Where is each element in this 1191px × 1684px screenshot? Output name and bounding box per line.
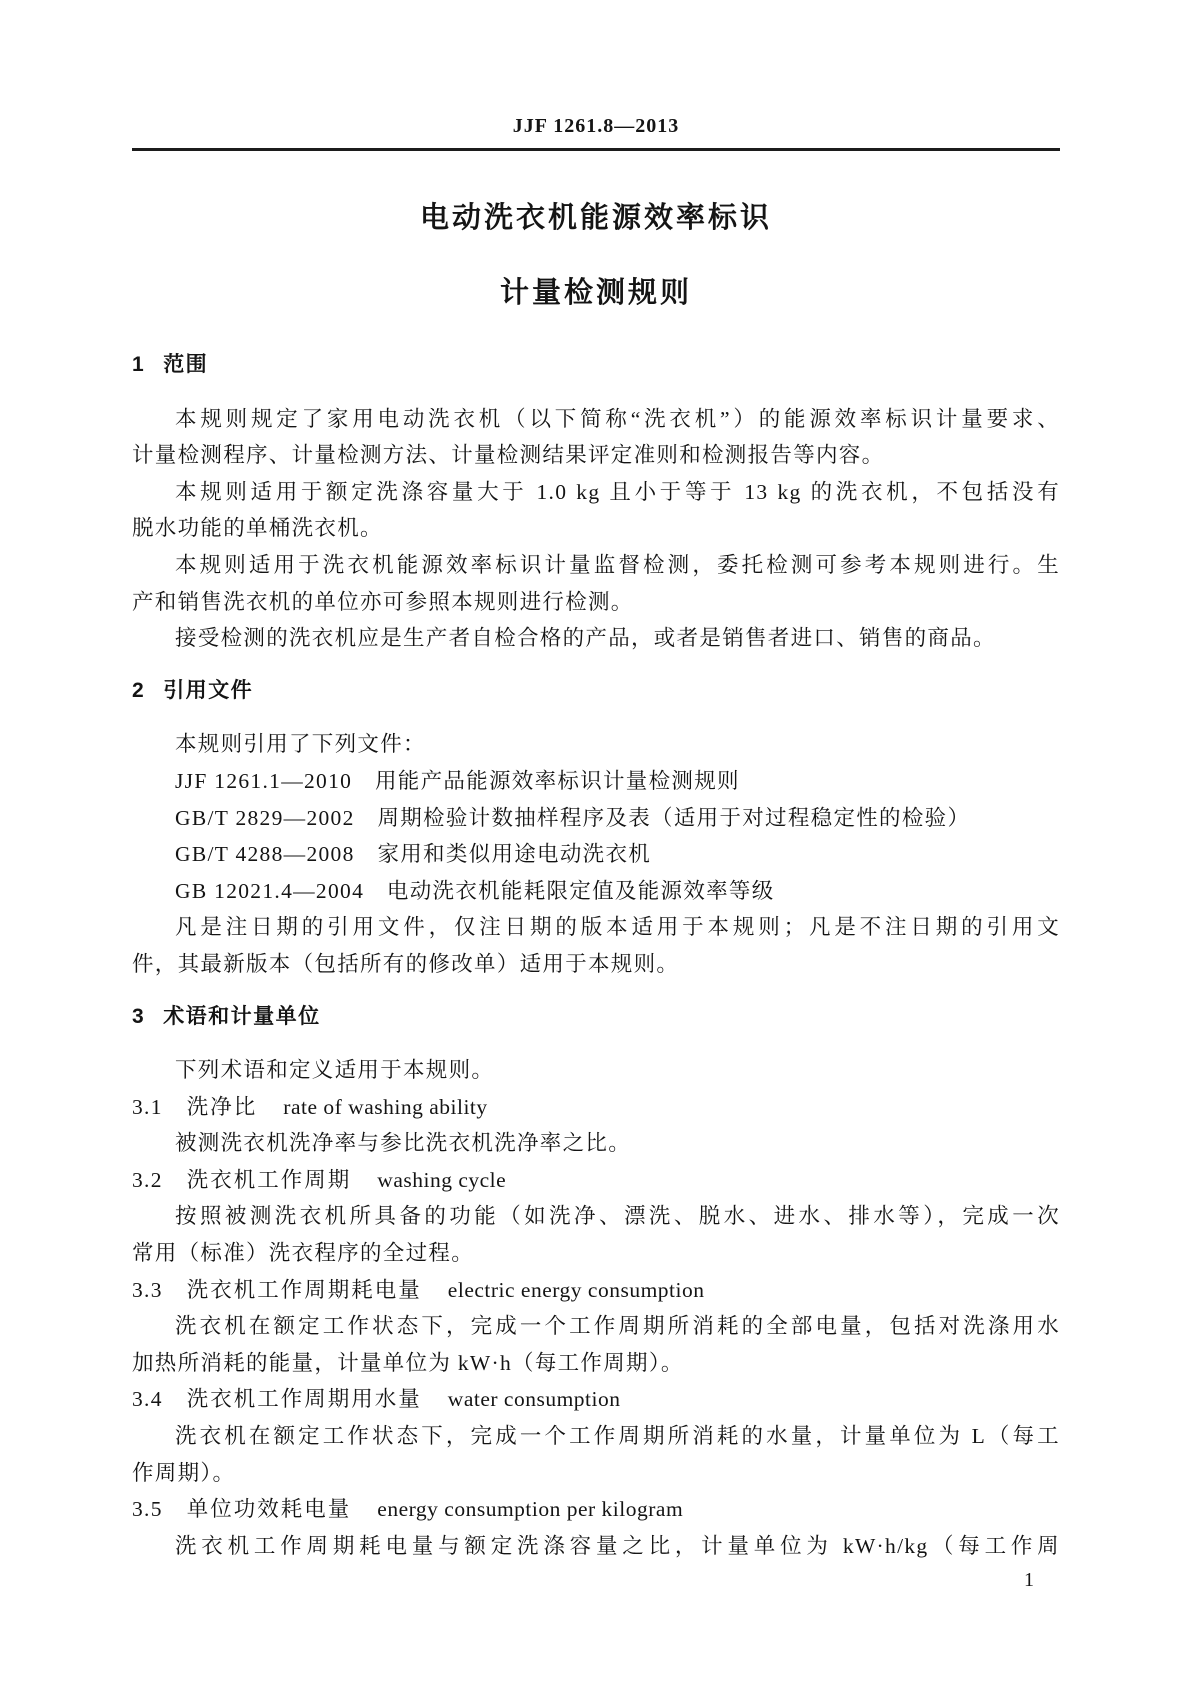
page-number: 1	[132, 1565, 1060, 1595]
body-line: 本规则规定了家用电动洗衣机（以下简称“洗衣机”）的能源效率标识计量要求、	[132, 401, 1060, 438]
clause-term-zh: 单位功效耗电量	[187, 1497, 352, 1521]
clause-term-zh: 洗衣机工作周期耗电量	[187, 1278, 422, 1302]
body-line: 洗衣机在额定工作状态下，完成一个工作周期所消耗的水量，计量单位为 L（每工	[132, 1418, 1060, 1455]
body-line: 洗衣机工作周期耗电量与额定洗涤容量之比，计量单位为 kW·h/kg（每工作周	[132, 1528, 1060, 1565]
body-line: 本规则适用于额定洗涤容量大于 1.0 kg 且小于等于 13 kg 的洗衣机，不…	[132, 474, 1060, 511]
doc-title-line2: 计量检测规则	[132, 273, 1060, 313]
clause-number: 3.1	[132, 1095, 163, 1119]
clause-number: 3.4	[132, 1387, 163, 1411]
clause-term-en: water consumption	[448, 1387, 621, 1411]
body-line: 产和销售洗衣机的单位亦可参照本规则进行检测。	[132, 584, 1060, 621]
body-line: 脱水功能的单桶洗衣机。	[132, 510, 1060, 547]
clause-number: 3.2	[132, 1168, 163, 1192]
clause-term-en: energy consumption per kilogram	[377, 1497, 683, 1521]
clause-number: 3.3	[132, 1278, 163, 1302]
section-number: 2	[132, 679, 145, 702]
clause-term-en: washing cycle	[377, 1168, 506, 1192]
section-number: 1	[132, 353, 145, 376]
clause-term-zh: 洗衣机工作周期	[187, 1168, 352, 1192]
body-line: 加热所消耗的能量，计量单位为 kW·h（每工作周期）。	[132, 1345, 1060, 1382]
clause-number: 3.5	[132, 1497, 163, 1521]
clause-heading: 3.4洗衣机工作周期用水量water consumption	[132, 1381, 1060, 1418]
clause-term-zh: 洗净比	[187, 1095, 258, 1119]
clause-term-en: rate of washing ability	[283, 1095, 487, 1119]
clause-term-zh: 洗衣机工作周期用水量	[187, 1387, 422, 1411]
body-line: 按照被测洗衣机所具备的功能（如洗净、漂洗、脱水、进水、排水等），完成一次	[132, 1198, 1060, 1235]
section-heading: 2引用文件	[132, 673, 1060, 710]
body-line: 件，其最新版本（包括所有的修改单）适用于本规则。	[132, 946, 1060, 983]
body-line: 洗衣机在额定工作状态下，完成一个工作周期所消耗的全部电量，包括对洗涤用水	[132, 1308, 1060, 1345]
section-title: 范围	[163, 353, 208, 376]
clause-heading: 3.3洗衣机工作周期耗电量electric energy consumption	[132, 1272, 1060, 1309]
header-rule	[132, 148, 1060, 151]
section-heading: 3术语和计量单位	[132, 999, 1060, 1036]
body-line: 常用（标准）洗衣程序的全过程。	[132, 1235, 1060, 1272]
body-line: 凡是注日期的引用文件，仅注日期的版本适用于本规则；凡是不注日期的引用文	[132, 909, 1060, 946]
body-line: GB/T 2829—2002 周期检验计数抽样程序及表（适用于对过程稳定性的检验…	[132, 800, 1060, 837]
body-line: GB 12021.4—2004 电动洗衣机能耗限定值及能源效率等级	[132, 873, 1060, 910]
section-title: 引用文件	[163, 679, 253, 702]
body-line: 下列术语和定义适用于本规则。	[132, 1052, 1060, 1089]
doc-title-line1: 电动洗衣机能源效率标识	[132, 198, 1060, 238]
document-page: JJF 1261.8—2013 电动洗衣机能源效率标识 计量检测规则 1范围本规…	[0, 0, 1191, 1684]
clause-heading: 3.1洗净比rate of washing ability	[132, 1089, 1060, 1126]
section-number: 3	[132, 1005, 145, 1028]
document-body: 1范围本规则规定了家用电动洗衣机（以下简称“洗衣机”）的能源效率标识计量要求、计…	[132, 347, 1060, 1564]
section-title: 术语和计量单位	[163, 1005, 321, 1028]
body-line: GB/T 4288—2008 家用和类似用途电动洗衣机	[132, 836, 1060, 873]
section-heading: 1范围	[132, 347, 1060, 384]
running-head-doc-number: JJF 1261.8—2013	[132, 0, 1060, 140]
body-line: 本规则引用了下列文件：	[132, 726, 1060, 763]
clause-heading: 3.5单位功效耗电量energy consumption per kilogra…	[132, 1491, 1060, 1528]
clause-heading: 3.2洗衣机工作周期washing cycle	[132, 1162, 1060, 1199]
body-line: 作周期）。	[132, 1455, 1060, 1492]
body-line: 本规则适用于洗衣机能源效率标识计量监督检测，委托检测可参考本规则进行。生	[132, 547, 1060, 584]
page-content: JJF 1261.8—2013 电动洗衣机能源效率标识 计量检测规则 1范围本规…	[132, 0, 1060, 1595]
body-line: 被测洗衣机洗净率与参比洗衣机洗净率之比。	[132, 1125, 1060, 1162]
clause-term-en: electric energy consumption	[448, 1278, 705, 1302]
body-line: 接受检测的洗衣机应是生产者自检合格的产品，或者是销售者进口、销售的商品。	[132, 620, 1060, 657]
body-line: 计量检测程序、计量检测方法、计量检测结果评定准则和检测报告等内容。	[132, 437, 1060, 474]
body-line: JJF 1261.1—2010 用能产品能源效率标识计量检测规则	[132, 763, 1060, 800]
